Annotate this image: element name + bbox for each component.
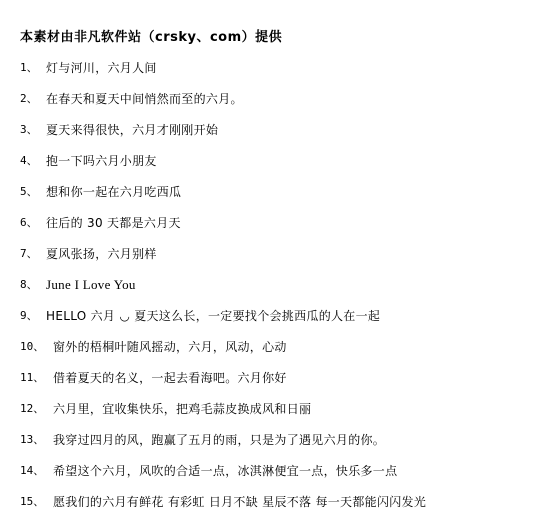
item-number: 13、: [20, 432, 53, 448]
list-item: 13、 我穿过四月的风，跑赢了五月的雨，只是为了遇见六月的你。: [20, 432, 426, 463]
list-item: 6、 往后的 30 天都是六月天: [20, 215, 426, 246]
list-item: 15、 愿我们的六月有鲜花 有彩虹 日月不缺 星辰不落 每一天都能闪闪发光: [20, 494, 426, 525]
item-text: HELLO 六月 ◡ 夏天这么长，一定要找个会挑西瓜的人在一起: [46, 308, 380, 324]
item-number: 4、: [20, 153, 46, 169]
list-item: 12、 六月里，宜收集快乐，把鸡毛蒜皮换成风和日丽: [20, 401, 426, 432]
item-text: 六月里，宜收集快乐，把鸡毛蒜皮换成风和日丽: [53, 401, 311, 417]
item-number: 11、: [20, 370, 53, 386]
item-number: 14、: [20, 463, 53, 479]
item-number: 3、: [20, 122, 46, 138]
list-item: 10、 窗外的梧桐叶随风摇动，六月，风动，心动: [20, 339, 426, 370]
list-item: 4、 抱一下吗六月小朋友: [20, 153, 426, 184]
item-number: 6、: [20, 215, 46, 231]
item-number: 5、: [20, 184, 46, 200]
list-item: 5、 想和你一起在六月吃西瓜: [20, 184, 426, 215]
document-title: 本素材由非凡软件站（crsky、com）提供: [20, 30, 282, 46]
item-text: 夏天来得很快，六月才刚刚开始: [46, 122, 218, 138]
quote-list: 1、 灯与河川，六月人间 2、 在春天和夏天中间悄然而至的六月。 3、 夏天来得…: [20, 60, 426, 525]
list-item: 2、 在春天和夏天中间悄然而至的六月。: [20, 91, 426, 122]
item-text: 窗外的梧桐叶随风摇动，六月，风动，心动: [53, 339, 287, 355]
list-item: 14、 希望这个六月，风吹的合适一点，冰淇淋便宜一点，快乐多一点: [20, 463, 426, 494]
item-number: 9、: [20, 308, 46, 324]
list-item: 8、 June I Love You: [20, 277, 426, 308]
list-item: 7、 夏风张扬，六月别样: [20, 246, 426, 277]
item-number: 10、: [20, 339, 53, 355]
item-text: June I Love You: [46, 277, 136, 293]
item-text: 在春天和夏天中间悄然而至的六月。: [46, 91, 243, 107]
list-item: 11、 借着夏天的名义，一起去看海吧。六月你好: [20, 370, 426, 401]
item-number: 15、: [20, 494, 53, 510]
item-text: 往后的 30 天都是六月天: [46, 215, 181, 231]
item-number: 12、: [20, 401, 53, 417]
item-number: 7、: [20, 246, 46, 262]
item-text: 希望这个六月，风吹的合适一点，冰淇淋便宜一点，快乐多一点: [53, 463, 397, 479]
item-text: 夏风张扬，六月别样: [46, 246, 157, 262]
item-text: 我穿过四月的风，跑赢了五月的雨，只是为了遇见六月的你。: [53, 432, 385, 448]
item-text: 借着夏天的名义，一起去看海吧。六月你好: [53, 370, 287, 386]
item-number: 2、: [20, 91, 46, 107]
item-text: 想和你一起在六月吃西瓜: [46, 184, 181, 200]
item-text: 抱一下吗六月小朋友: [46, 153, 157, 169]
item-text: 愿我们的六月有鲜花 有彩虹 日月不缺 星辰不落 每一天都能闪闪发光: [53, 494, 426, 510]
list-item: 9、 HELLO 六月 ◡ 夏天这么长，一定要找个会挑西瓜的人在一起: [20, 308, 426, 339]
list-item: 1、 灯与河川，六月人间: [20, 60, 426, 91]
item-number: 1、: [20, 60, 46, 76]
item-text: 灯与河川，六月人间: [46, 60, 157, 76]
list-item: 3、 夏天来得很快，六月才刚刚开始: [20, 122, 426, 153]
item-number: 8、: [20, 277, 46, 293]
